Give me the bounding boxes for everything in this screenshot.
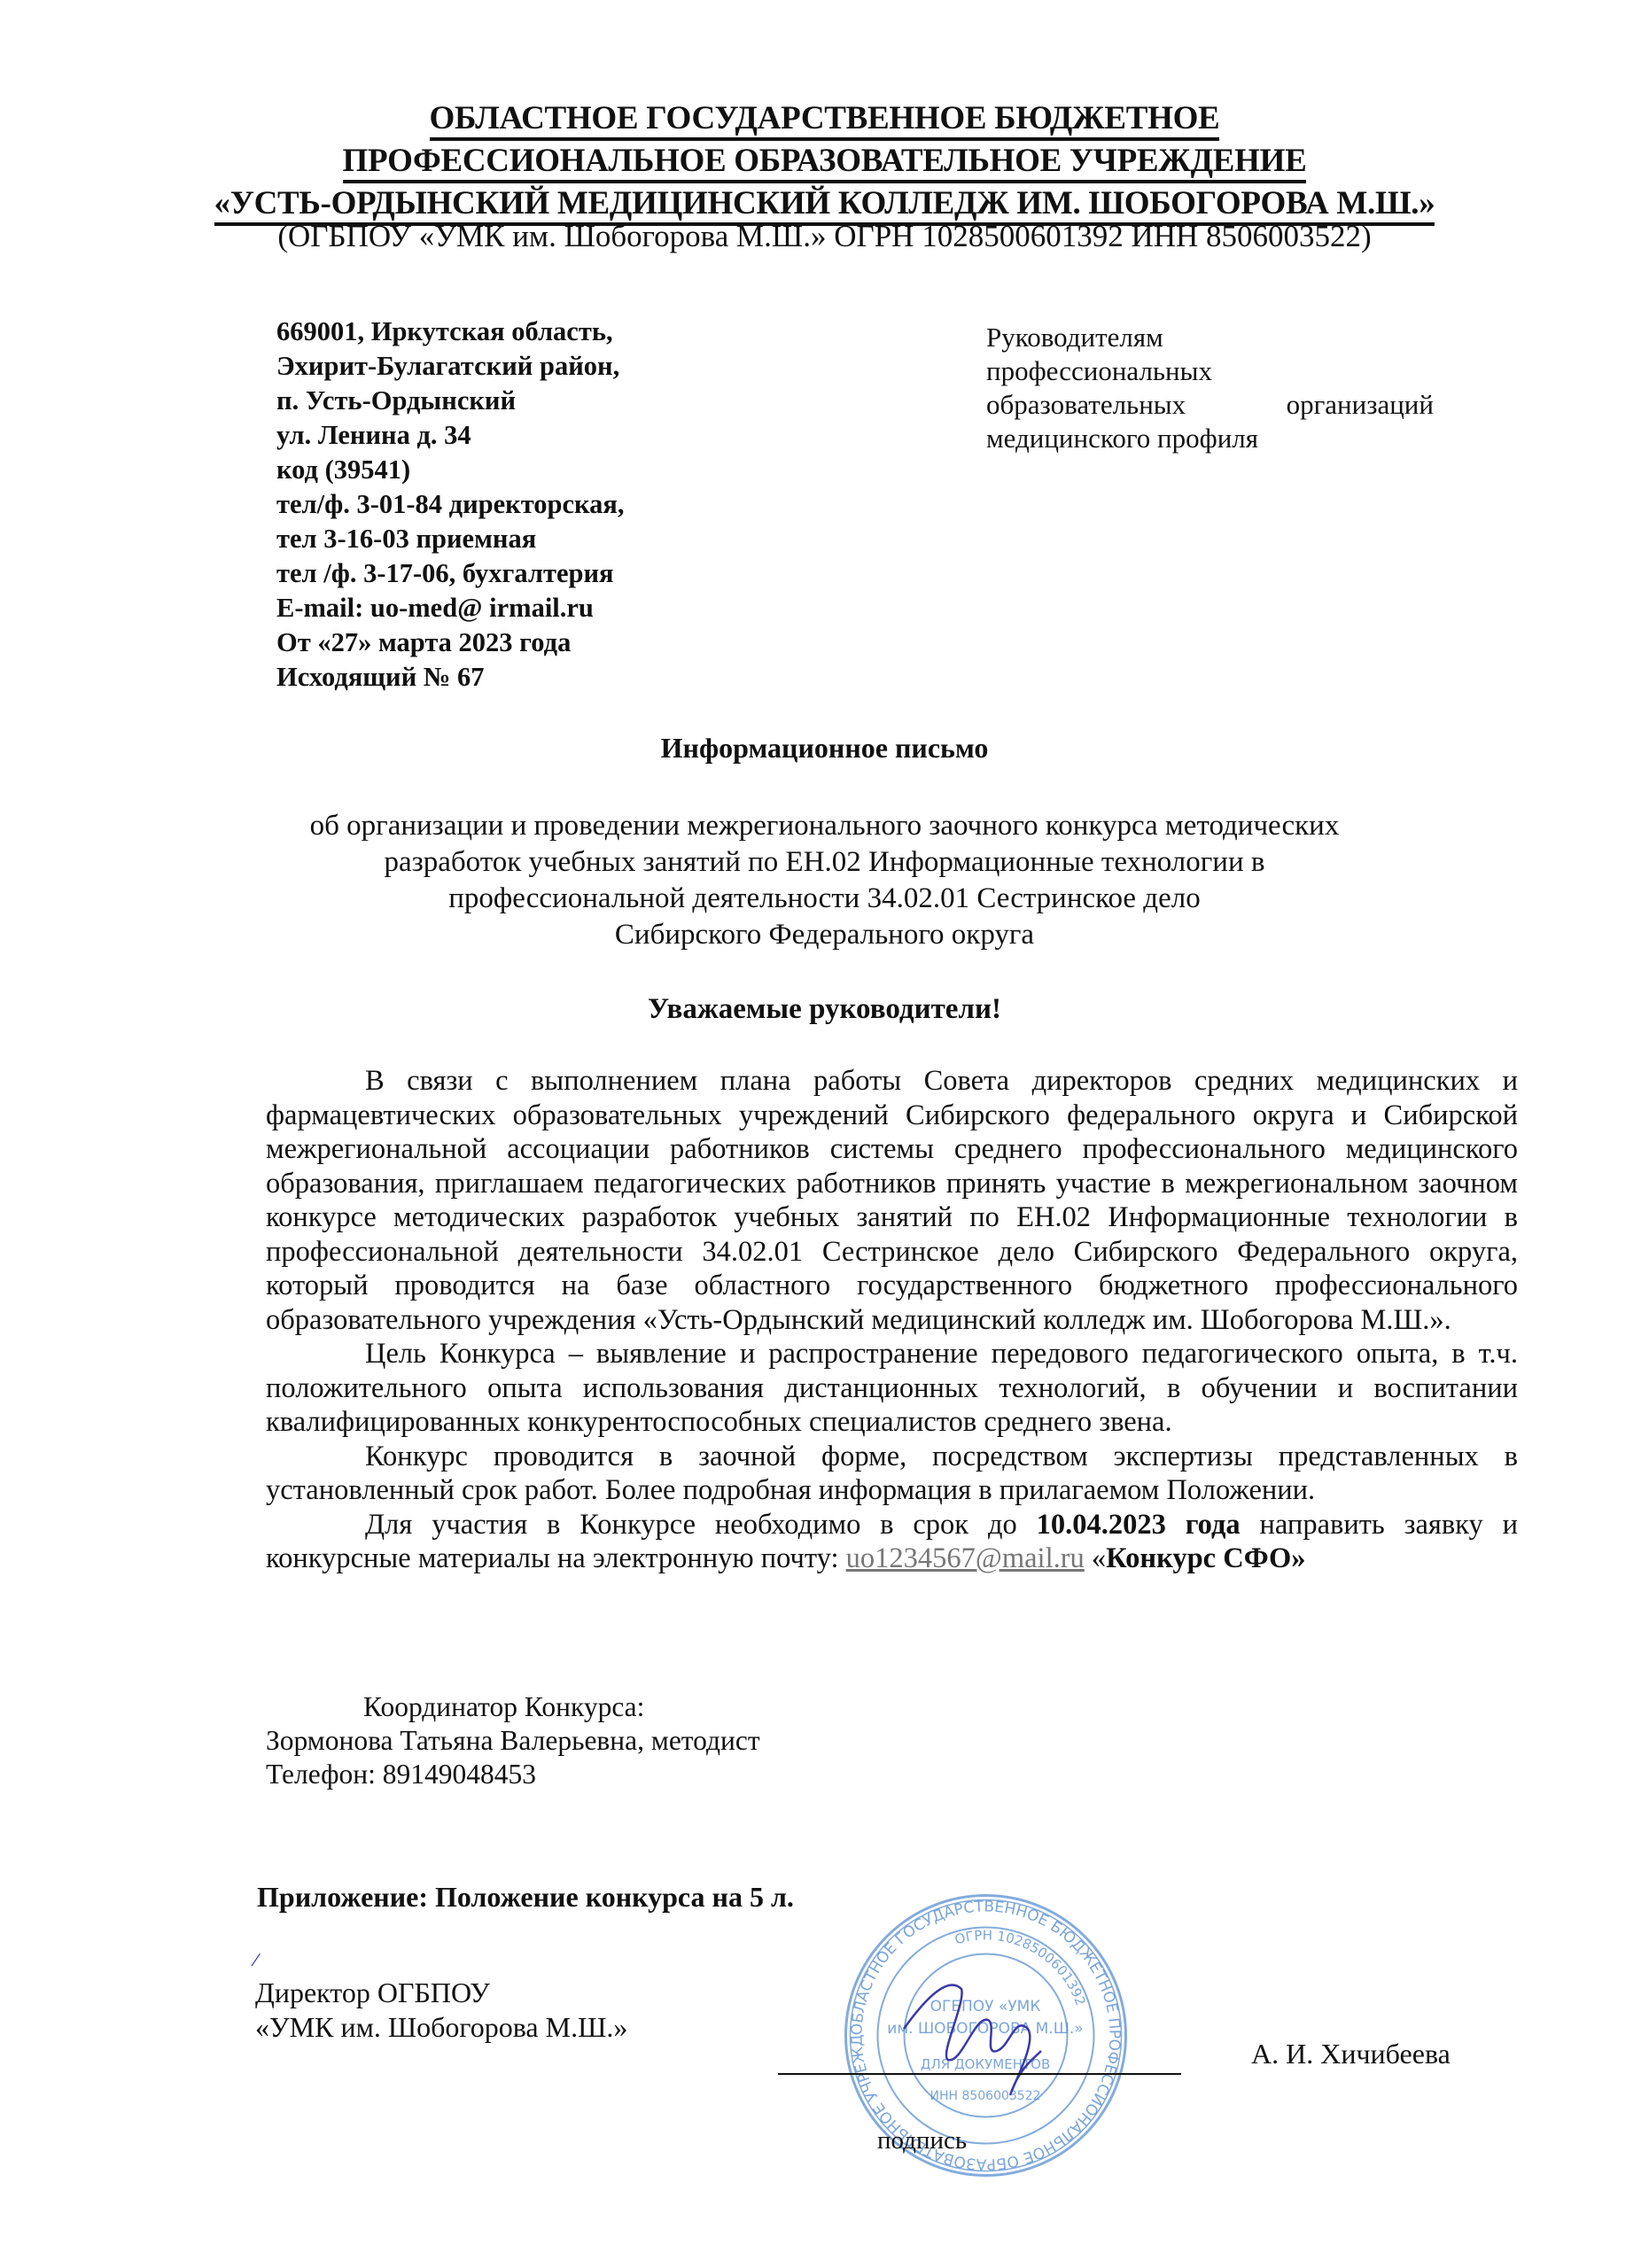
sender-line: тел 3-16-03 приемная <box>276 522 625 556</box>
org-registry: (ОГБПОУ «УМК им. Шобогорова М.Ш.» ОГРН 1… <box>0 219 1649 254</box>
text: Для участия в Конкурсе необходимо в срок… <box>365 1509 1037 1541</box>
recipient-word: организаций <box>1287 388 1465 422</box>
coordinator-phone: Телефон: 89149048453 <box>266 1758 760 1791</box>
recipient-line: Руководителям <box>986 321 1465 354</box>
paragraph-4: Для участия в Конкурсе необходимо в срок… <box>266 1508 1518 1576</box>
appendix-note: Приложение: Положение конкурса на 5 л. <box>257 1881 794 1914</box>
sender-line: ул. Ленина д. 34 <box>276 418 625 453</box>
sender-line: тел/ф. 3-01-84 директорская, <box>276 487 625 522</box>
paragraph-3: Конкурс проводится в заочной форме, поср… <box>266 1440 1518 1508</box>
stamp-center-2: им. ШОБОГОРОВА М.Ш.» <box>887 2020 1083 2038</box>
recipient-block: Руководителям профессиональных образоват… <box>986 321 1465 455</box>
sender-address: 669001, Иркутская область, Эхирит-Булага… <box>276 315 625 695</box>
org-name-line-3: «УСТЬ-ОРДЫНСКИЙ МЕДИЦИНСКИЙ КОЛЛЕДЖ ИМ. … <box>0 184 1649 222</box>
letter-date: От «27» марта 2023 года <box>276 625 625 660</box>
subject-line: разработок учебных занятий по ЕН.02 Инфо… <box>0 844 1649 881</box>
letter-body: В связи с выполнением плана работы Совет… <box>266 1064 1518 1576</box>
position-line: «УМК им. Шобогорова М.Ш.» <box>255 2010 627 2045</box>
letter-title: Информационное письмо <box>0 732 1649 765</box>
subject-line: профессиональной деятельности 34.02.01 С… <box>0 881 1649 917</box>
greeting: Уважаемые руководители! <box>0 993 1649 1026</box>
sender-email: E-mail: uo-med@ irmail.ru <box>276 591 625 625</box>
ink-tick-mark: / <box>250 1949 261 1974</box>
deadline: 10.04.2023 года <box>1037 1509 1241 1541</box>
coordinator-name: Зормонова Татьяна Валерьевна, методист <box>266 1724 760 1758</box>
letter-subject: об организации и проведении межрегиональ… <box>0 808 1649 953</box>
signature-line <box>778 2073 1181 2075</box>
paragraph-2: Цель Конкурса – выявление и распростране… <box>266 1337 1518 1440</box>
signature-caption: подпись <box>877 2126 967 2155</box>
org-name-line-1: ОБЛАСТНОЕ ГОСУДАРСТВЕННОЕ БЮДЖЕТНОЕ <box>0 99 1649 137</box>
email-subject: Конкурс СФО <box>1106 1542 1291 1574</box>
recipient-line: медицинского профиля <box>986 422 1465 455</box>
recipient-line: образовательных организаций <box>986 388 1465 422</box>
recipient-line: профессиональных <box>986 354 1465 388</box>
subject-line: Сибирского Федерального округа <box>0 917 1649 953</box>
position-line: Директор ОГБПОУ <box>255 1976 627 2010</box>
text: » <box>1291 1542 1305 1574</box>
sender-line: п. Усть-Ордынский <box>276 384 625 418</box>
contest-email-link[interactable]: uo1234567@mail.ru <box>846 1542 1085 1574</box>
text: « <box>1085 1542 1106 1574</box>
recipient-word: образовательных <box>986 388 1186 422</box>
sender-line: Эхирит-Булагатский район, <box>276 349 625 384</box>
director-position: Директор ОГБПОУ «УМК им. Шобогорова М.Ш.… <box>255 1976 627 2045</box>
stamp-center-1: ОГБПОУ «УМК <box>930 1998 1041 2016</box>
outgoing-number: Исходящий № 67 <box>276 660 625 695</box>
paragraph-1: В связи с выполнением плана работы Совет… <box>266 1064 1518 1337</box>
sender-line: код (39541) <box>276 453 625 487</box>
sender-line: тел /ф. 3-17-06, бухгалтерия <box>276 556 625 591</box>
org-name-line-2: ПРОФЕССИОНАЛЬНОЕ ОБРАЗОВАТЕЛЬНОЕ УЧРЕЖДЕ… <box>0 142 1649 180</box>
stamp-center-3: ДЛЯ ДОКУМЕНТОВ <box>921 2056 1050 2072</box>
coordinator-label: Координатор Конкурса: <box>266 1690 760 1724</box>
signer-name: А. И. Хичибеева <box>1251 2038 1451 2070</box>
coordinator-block: Координатор Конкурса: Зормонова Татьяна … <box>266 1690 760 1791</box>
sender-line: 669001, Иркутская область, <box>276 315 625 349</box>
stamp-inn: ИНН 8506003522 <box>930 2089 1040 2103</box>
subject-line: об организации и проведении межрегиональ… <box>0 808 1649 844</box>
